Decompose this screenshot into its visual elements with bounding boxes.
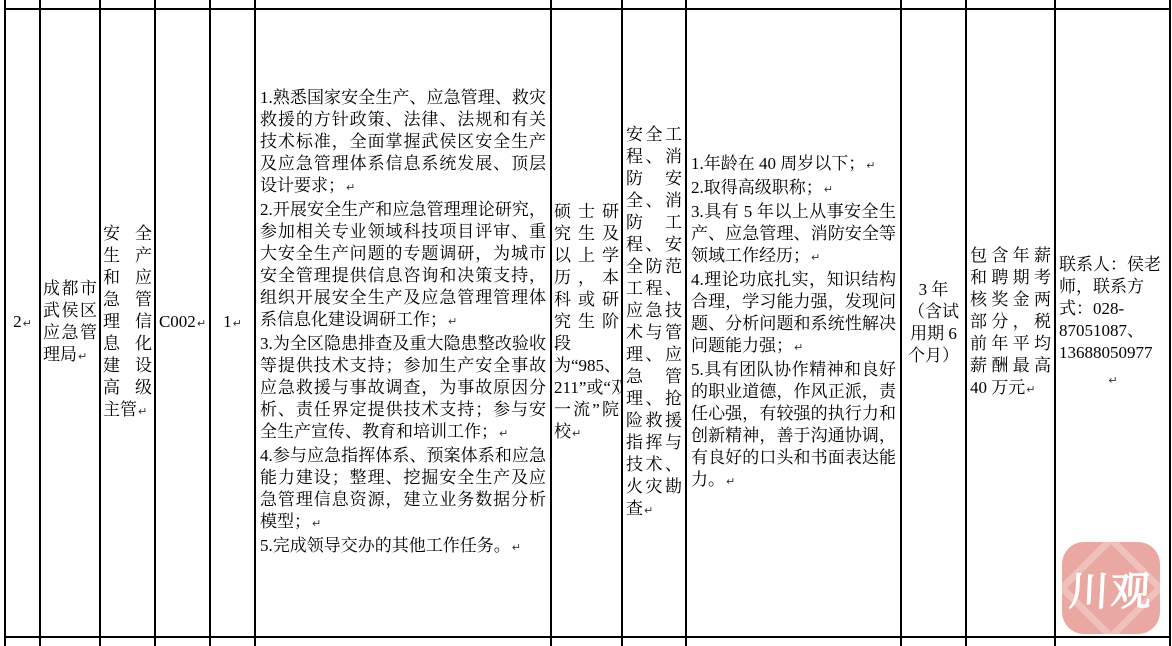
position-code: C002↵ <box>156 311 209 335</box>
duty-item: 2.开展安全生产和应急管理理论研究，参加相关专业领域科技项目评审、重大安全生产问… <box>260 199 546 333</box>
qualification-item: 2.取得高级职称；↵ <box>691 177 896 201</box>
paragraph-mark: ↵ <box>233 317 242 330</box>
paragraph-mark: ↵ <box>824 183 833 196</box>
paragraph-mark: ↵ <box>23 317 32 330</box>
paragraph-mark: ↵ <box>499 427 508 440</box>
headcount: 1↵ <box>211 311 254 335</box>
table-row-bottom-border <box>4 636 1171 638</box>
headcount-cell: 1↵ <box>209 0 254 646</box>
chuanguan-watermark-badge: 川观 <box>1062 542 1160 634</box>
duties-cell: 1.熟悉国家安全生产、应急管理、救灾救援的方针政策、法律、法规和有关技术标准，全… <box>254 0 550 646</box>
paragraph-mark: ↵ <box>811 251 820 264</box>
employer-name: 成都市武侯区应急管理局↵ <box>43 278 97 368</box>
salary-cell: 包含年薪和聘期考核奖金两部分，税前年平均薪酬最高 40 万元↵ <box>965 0 1054 646</box>
job-posting-table-row: 2↵ 成都市武侯区应急管理局↵ 安全生产和应急管理信息化建设高级主管↵ C002… <box>4 0 1171 646</box>
row-index: 2↵ <box>6 311 39 335</box>
paragraph-mark: ↵ <box>572 427 581 440</box>
contract-term-cell: 3 年（含试用期 6 个月） <box>900 0 965 646</box>
paragraph-mark: ↵ <box>726 475 735 488</box>
table-row-top-border <box>4 8 1171 10</box>
duty-item: 5.完成领导交办的其他工作任务。↵ <box>260 535 546 559</box>
education-requirement-cell: 硕士研究生及以上学历，本科或研究生阶段为“985、211”或“双一流”院校↵ <box>550 0 621 646</box>
contact-info: 联系人：侯老师，联系方式：028-87051087、13688050977 <box>1059 254 1166 364</box>
employer-cell: 成都市武侯区应急管理局↵ <box>39 0 99 646</box>
duty-item: 1.熟悉国家安全生产、应急管理、救灾救援的方针政策、法律、法规和有关技术标准，全… <box>260 87 546 199</box>
qualification-item: 4.理论功底扎实，知识结构合理，学习能力强，发现问题、分析问题和系统性解决问题能… <box>691 269 896 359</box>
paragraph-mark: ↵ <box>644 504 653 517</box>
salary: 包含年薪和聘期考核奖金两部分，税前年平均薪酬最高 40 万元↵ <box>970 245 1051 401</box>
position-code-cell: C002↵ <box>154 0 209 646</box>
education-requirement: 硕士研究生及以上学历，本科或研究生阶段为“985、211”或“双一流”院校↵ <box>554 201 619 445</box>
paragraph-mark: ↵ <box>1026 383 1035 396</box>
row-index-cell: 2↵ <box>4 0 39 646</box>
qualifications-cell: 1.年龄在 40 周岁以下；↵2.取得高级职称；↵3.具有 5 年以上从事安全生… <box>685 0 900 646</box>
paragraph-mark: ↵ <box>346 181 355 194</box>
paragraph-mark: ↵ <box>866 159 875 172</box>
position-title: 安全生产和应急管理信息化建设高级主管↵ <box>103 223 152 423</box>
paragraph-mark: ↵ <box>197 317 206 330</box>
paragraph-mark: ↵ <box>138 405 147 418</box>
qualification-item: 3.具有 5 年以上从事安全生产、应急管理、消防安全等领域工作经历；↵ <box>691 201 896 269</box>
position-title-cell: 安全生产和应急管理信息化建设高级主管↵ <box>99 0 154 646</box>
duty-item: 3.为全区隐患排查及重大隐患整改验收等提供技术支持；参加生产安全事故应急救援与事… <box>260 333 546 445</box>
paragraph-mark: ↵ <box>794 341 803 354</box>
paragraph-mark: ↵ <box>1108 374 1117 387</box>
paragraph-mark: ↵ <box>312 517 321 530</box>
paragraph-mark: ↵ <box>78 350 87 363</box>
contract-term: 3 年（含试用期 6 个月） <box>904 279 963 367</box>
paragraph-mark: ↵ <box>512 541 521 554</box>
qualification-item: 1.年龄在 40 周岁以下；↵ <box>691 153 896 177</box>
duty-item: 4.参与应急指挥体系、预案体系和应急能力建设；整理、挖掘安全生产及应急管理信息资… <box>260 445 546 535</box>
watermark-label: 川观 <box>1068 560 1155 617</box>
paragraph-mark: ↵ <box>448 315 457 328</box>
major-requirement: 安全工程、消防安全、消防工程、安全防范工程、应急技术与管理、应急管理、抢险救援指… <box>626 124 682 522</box>
major-requirement-cell: 安全工程、消防安全、消防工程、安全防范工程、应急技术与管理、应急管理、抢险救援指… <box>621 0 685 646</box>
qualification-item: 5.具有团队协作精神和良好的职业道德，作风正派，责任心强，有较强的执行力和创新精… <box>691 359 896 493</box>
